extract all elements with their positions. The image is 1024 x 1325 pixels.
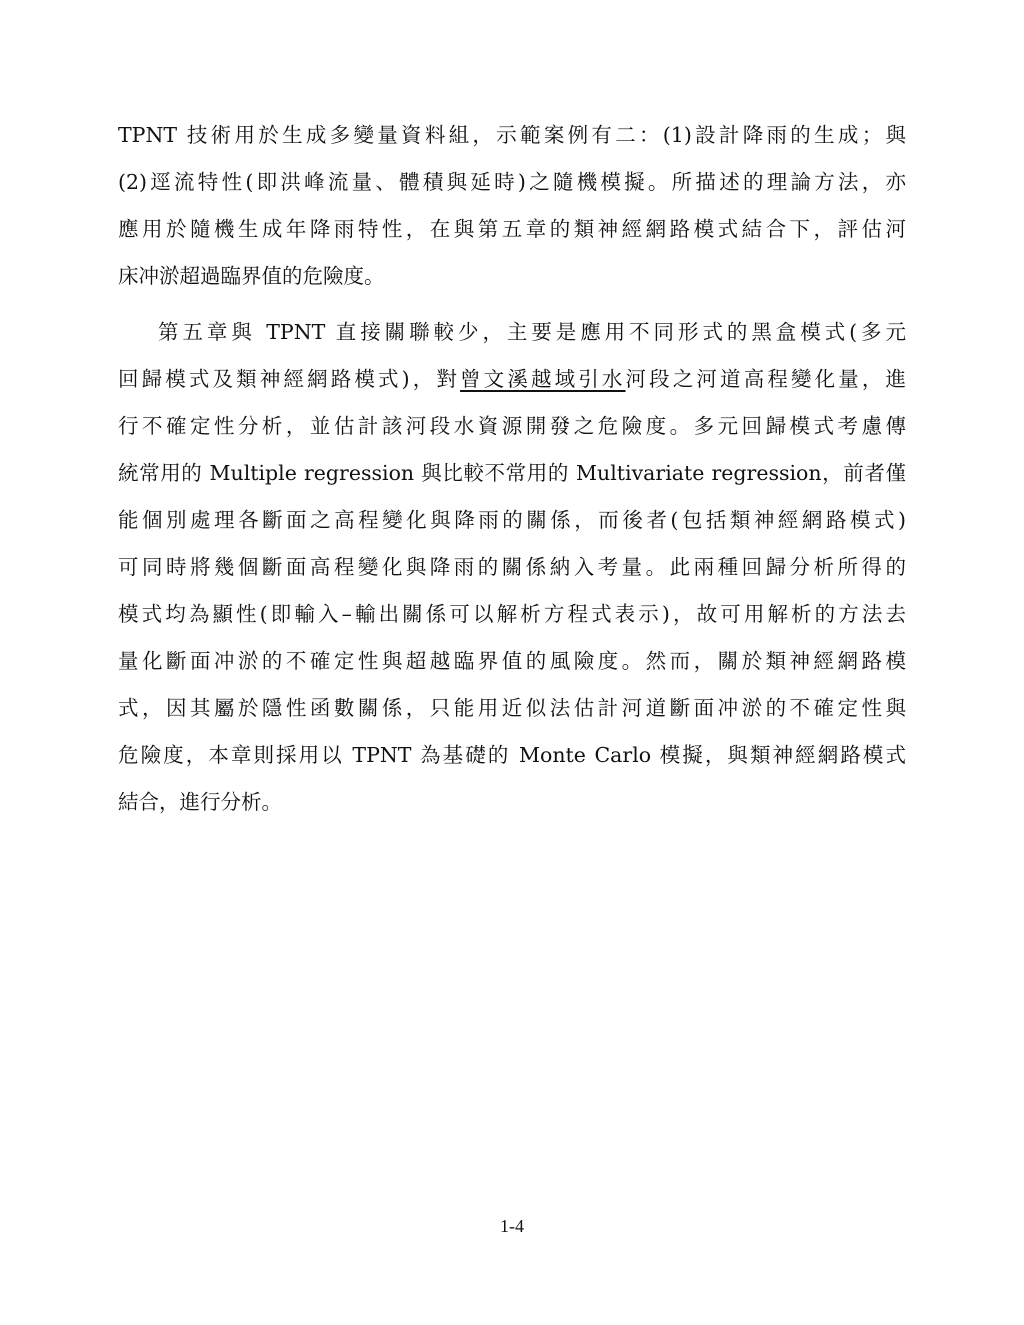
text-line: 危險度，本章則採用以 TPNT 為基礎的 Monte Carlo 模擬，與類神經…	[118, 740, 906, 770]
document-page: TPNT 技術用於生成多變量資料組，示範案例有二：(1)設計降雨的生成；與 (2…	[0, 0, 1024, 1325]
text-line: TPNT 技術用於生成多變量資料組，示範案例有二：(1)設計降雨的生成；與	[118, 120, 906, 150]
text-line: 統常用的 Multiple regression 與比較不常用的 Multiva…	[118, 458, 906, 488]
text-segment: 回歸模式及類神經網路模式)，對	[118, 367, 460, 391]
text-line: 模式均為顯性(即輸入–輸出關係可以解析方程式表示)，故可用解析的方法去	[118, 599, 906, 629]
text-line: 量化斷面冲淤的不確定性與超越臨界值的風險度。然而，關於類神經網路模	[118, 646, 906, 676]
text-segment: 河段之河道高程變化量，進	[626, 367, 907, 391]
text-line-with-underline: 回歸模式及類神經網路模式)，對曾文溪越域引水河段之河道高程變化量，進	[118, 364, 906, 394]
text-line: 應用於隨機生成年降雨特性，在與第五章的類神經網路模式結合下，評估河	[118, 214, 906, 244]
text-line: 結合，進行分析。	[118, 787, 906, 817]
text-line: 床冲淤超過臨界值的危險度。	[118, 261, 906, 291]
text-line: 行不確定性分析，並估計該河段水資源開發之危險度。多元回歸模式考慮傳	[118, 411, 906, 441]
underlined-place-name: 曾文溪越域引水	[460, 367, 625, 391]
page-number: 1-4	[0, 1216, 1024, 1237]
text-line: 第五章與 TPNT 直接關聯較少，主要是應用不同形式的黑盒模式(多元	[158, 317, 906, 347]
text-line: 式，因其屬於隱性函數關係，只能用近似法估計河道斷面冲淤的不確定性與	[118, 693, 906, 723]
text-line: (2)逕流特性(即洪峰流量、體積與延時)之隨機模擬。所描述的理論方法，亦	[118, 167, 906, 197]
text-line: 可同時將幾個斷面高程變化與降雨的關係納入考量。此兩種回歸分析所得的	[118, 552, 906, 582]
text-line: 能個別處理各斷面之高程變化與降雨的關係，而後者(包括類神經網路模式)	[118, 505, 906, 535]
